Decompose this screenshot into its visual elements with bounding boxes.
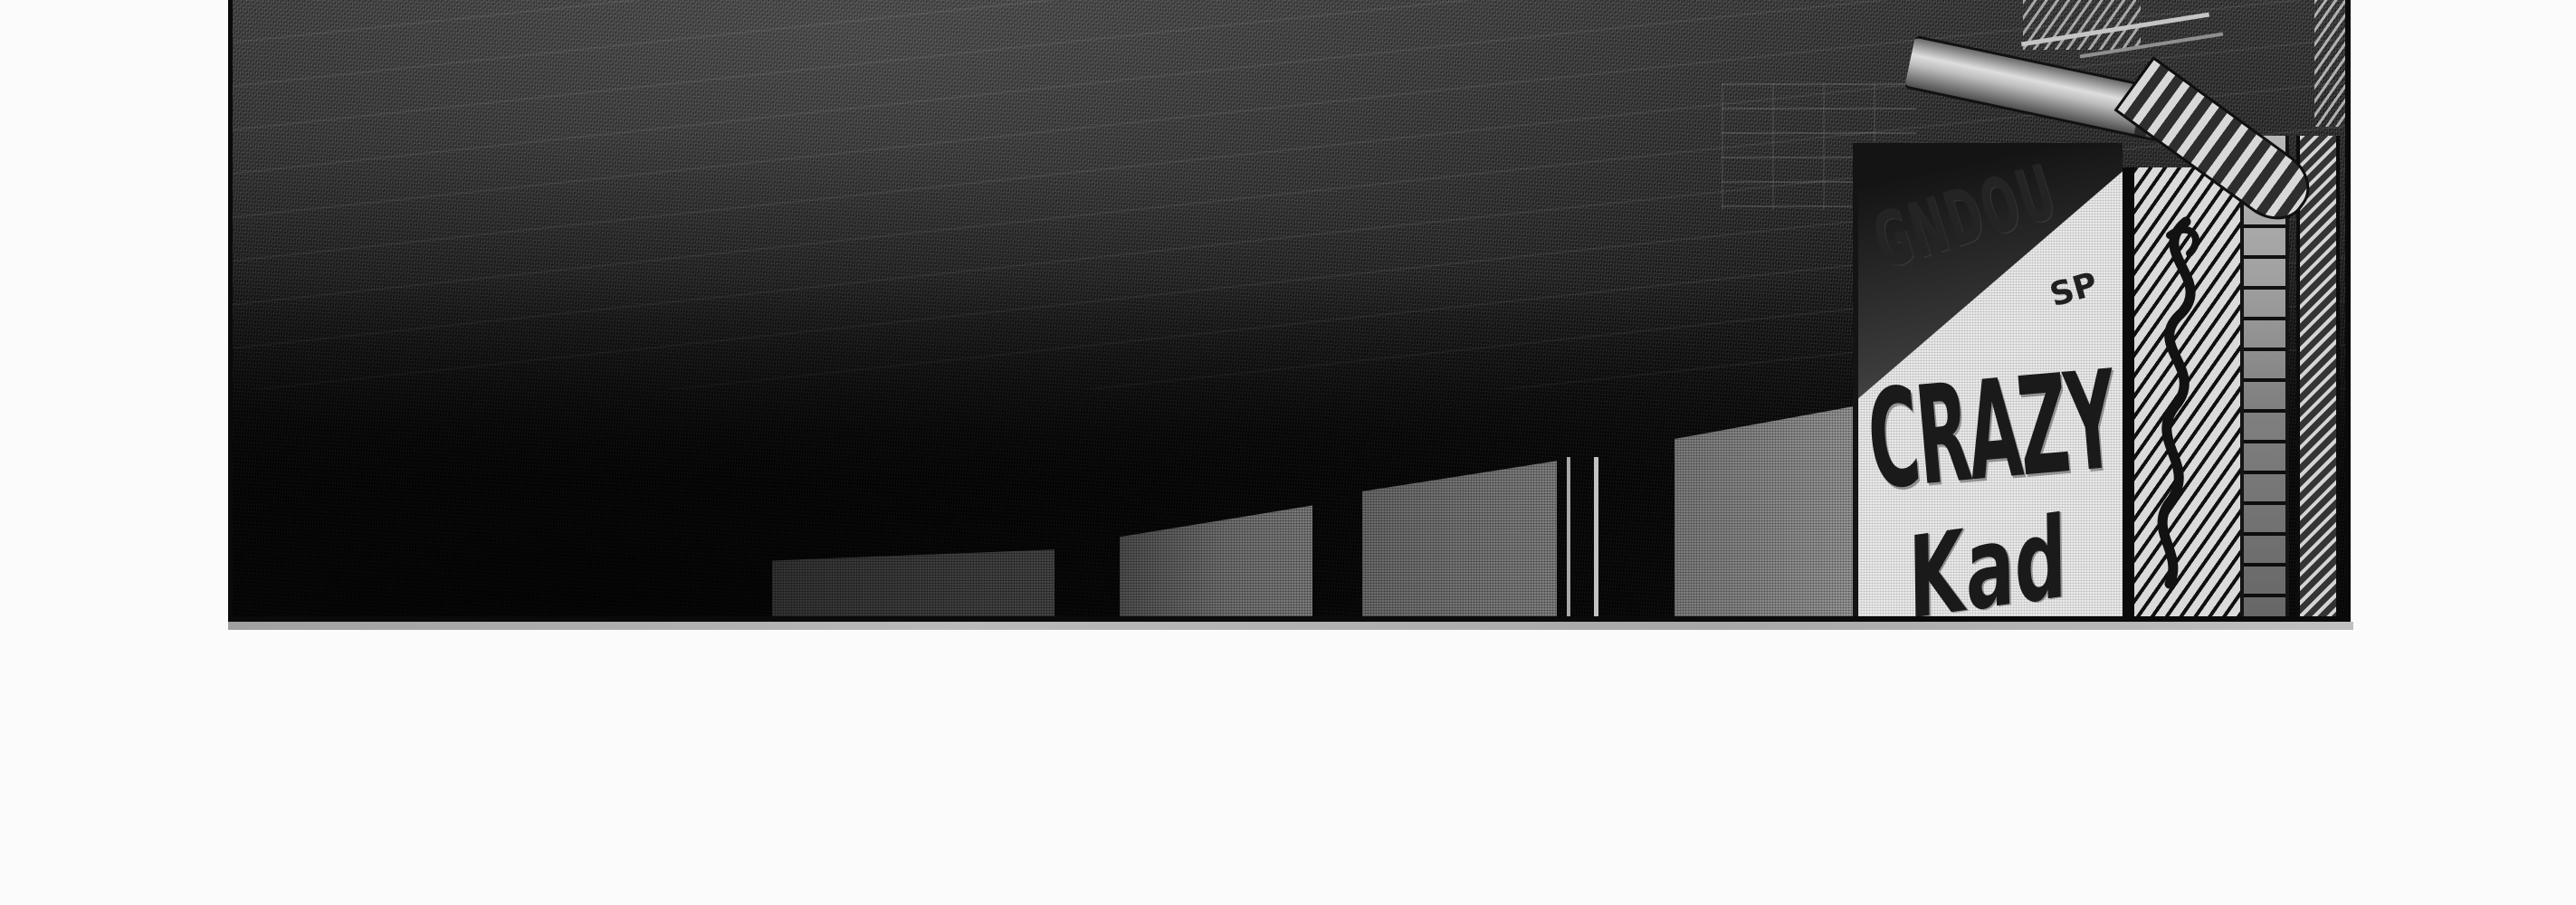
panel-drop-shadow bbox=[228, 622, 2353, 630]
graffiti-tag-crazy: CRAZY bbox=[1862, 340, 2121, 520]
wall-post-highlight bbox=[1567, 457, 1570, 616]
tag-squiggle bbox=[2123, 181, 2231, 617]
corner-hatching-right bbox=[2314, 0, 2351, 127]
wall-post-highlight bbox=[1594, 457, 1598, 616]
page: GNDOU SP CRAZY Kad bbox=[0, 0, 2576, 905]
graffiti-tag-kad: Kad bbox=[1900, 494, 2075, 616]
manga-panel: GNDOU SP CRAZY Kad bbox=[228, 0, 2351, 622]
graffiti-column: GNDOU SP CRAZY Kad bbox=[1853, 143, 2123, 616]
vertical-pipe bbox=[2296, 136, 2340, 617]
